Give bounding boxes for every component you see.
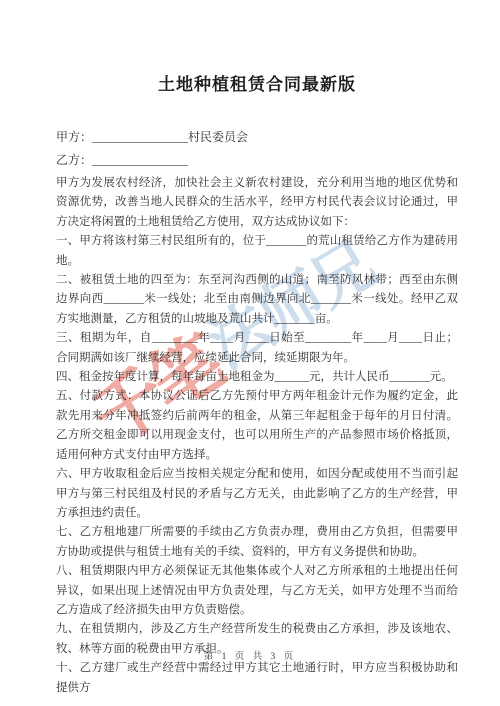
page-title: 土地种植租赁合同最新版 [56,70,458,95]
contract-clause-5: 五、付款方式：本协议公证后乙方先预付甲方两年租金计元作为履约定金，此款先用来分年… [56,387,458,465]
contract-clause-10: 十、乙方建厂或生产经营中需经过甲方其它土地通行时，甲方应当积极协助和提供方 [56,659,458,698]
party-a-line: 甲方：________________村民委员会 [56,126,458,149]
page-number-footer: 第 1 页 共 3 页 [0,648,500,662]
document-page: 千笔法师兄 土地种植租赁合同最新版 甲方：________________村民委… [0,0,500,706]
document-content: 土地种植租赁合同最新版 甲方：________________村民委员会 乙方：… [56,0,458,706]
contract-clause-7: 七、乙方租地建厂所需要的手续由乙方负责办理，费用由乙方负担，但需要甲方协助或提供… [56,523,458,562]
party-b-line: 乙方：________________ [56,149,458,172]
contract-clause-6: 六、甲方收取租金后应当按相关规定分配和使用，如因分配或使用不当而引起甲方与第三村… [56,465,458,523]
contract-clauses: 甲方为发展农村经济，加快社会主义新农村建设，充分利用当地的地区优势和资源优势，改… [56,174,458,698]
contract-clause-1: 一、甲方将该村第三村民组所有的，位于_______的荒山租赁给乙方作为建砖用地。 [56,232,458,271]
party-block: 甲方：________________村民委员会 乙方：____________… [56,126,458,172]
contract-clause-2: 二、被租赁土地的四至为：东至河沟西侧的山道；南至防风林带；西至由东侧边界向西__… [56,271,458,329]
contract-clause-8: 八、租赁期限内甲方必须保证无其他集体或个人对乙方所承租的土地提出任何异议，如果出… [56,562,458,620]
contract-clause-4: 四、租金按年度计算，每年每亩土地租金为______元，共计人民币_______元… [56,368,458,387]
contract-clause-3: 三、租期为年，自________年____月____日始至________年__… [56,329,458,368]
intro-paragraph: 甲方为发展农村经济，加快社会主义新农村建设，充分利用当地的地区优势和资源优势，改… [56,174,458,232]
